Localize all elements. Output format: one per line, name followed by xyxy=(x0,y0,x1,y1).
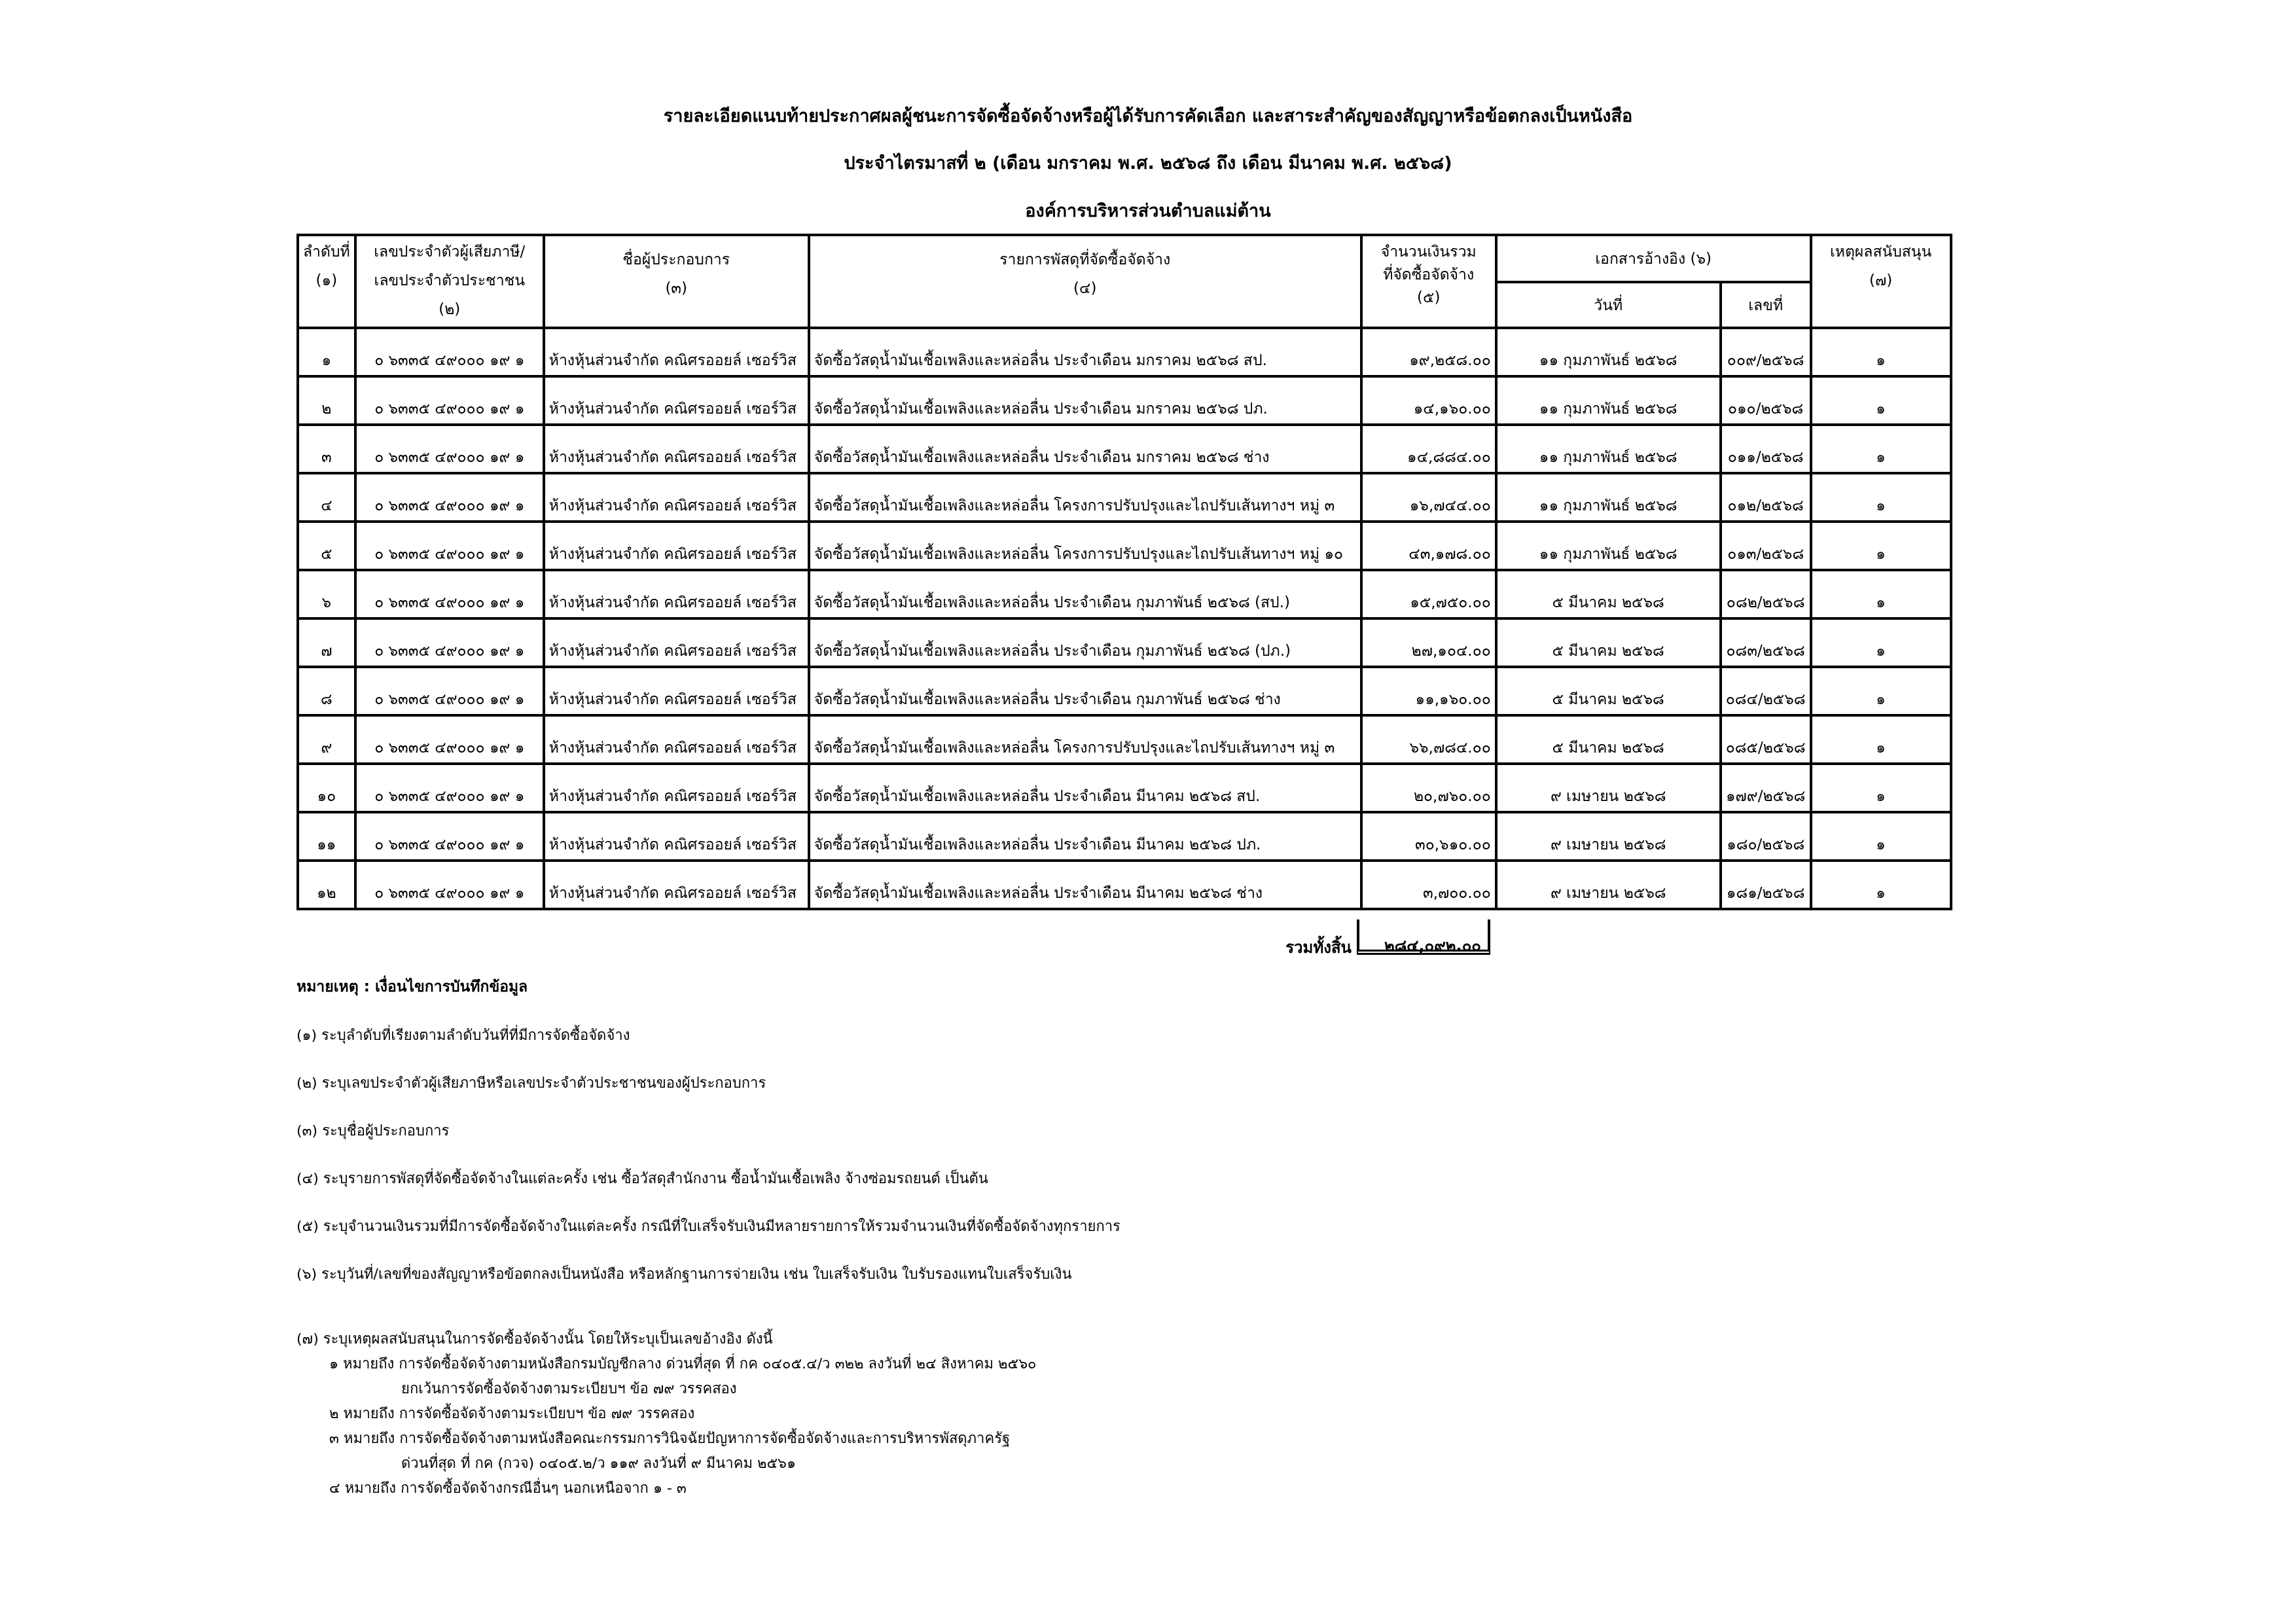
row-index: ๑๒ xyxy=(298,861,355,909)
row-description: จัดซื้อวัสดุน้ำมันเชื้อเพลิงและหล่อลื่น … xyxy=(809,715,1361,764)
row-vendor: ห้างหุ้นส่วนจำกัด คณิศรออยล์ เซอร์วิส xyxy=(544,425,809,473)
document-title: รายละเอียดแนบท้ายประกาศผลผู้ชนะการจัดซื้… xyxy=(0,101,2296,130)
note-item: (๕) ระบุจำนวนเงินรวมที่มีการจัดซื้อจัดจ้… xyxy=(296,1217,1121,1265)
row-tax-id: ๐ ๖๓๓๕ ๔๙๐๐๐ ๑๙ ๑ xyxy=(355,715,544,764)
row-description: จัดซื้อวัสดุน้ำมันเชื้อเพลิงและหล่อลื่น … xyxy=(809,473,1361,522)
row-index: ๓ xyxy=(298,425,355,473)
table-row: ๗๐ ๖๓๓๕ ๔๙๐๐๐ ๑๙ ๑ห้างหุ้นส่วนจำกัด คณิศ… xyxy=(298,618,1951,667)
row-amount: ๒๗,๑๐๔.๐๐ xyxy=(1361,618,1496,667)
row-date: ๙ เมษายน ๒๕๖๘ xyxy=(1496,764,1721,812)
notes-heading: หมายเหตุ : เงื่อนไขการบันทึกข้อมูล xyxy=(296,975,1121,999)
row-index: ๑๐ xyxy=(298,764,355,812)
header-reference-doc: เอกสารอ้างอิง (๖) xyxy=(1496,235,1811,282)
row-index: ๑ xyxy=(298,328,355,376)
row-amount: ๒๐,๗๖๐.๐๐ xyxy=(1361,764,1496,812)
row-amount: ๓,๗๐๐.๐๐ xyxy=(1361,861,1496,909)
row-number: ๑๘๐/๒๕๖๘ xyxy=(1721,812,1811,861)
row-date: ๑๑ กุมภาพันธ์ ๒๕๖๘ xyxy=(1496,376,1721,425)
row-amount: ๑๖,๗๔๔.๐๐ xyxy=(1361,473,1496,522)
row-vendor: ห้างหุ้นส่วนจำกัด คณิศรออยล์ เซอร์วิส xyxy=(544,522,809,570)
row-description: จัดซื้อวัสดุน้ำมันเชื้อเพลิงและหล่อลื่น … xyxy=(809,570,1361,618)
row-vendor: ห้างหุ้นส่วนจำกัด คณิศรออยล์ เซอร์วิส xyxy=(544,618,809,667)
row-number: ๐๐๙/๒๕๖๘ xyxy=(1721,328,1811,376)
row-tax-id: ๐ ๖๓๓๕ ๔๙๐๐๐ ๑๙ ๑ xyxy=(355,570,544,618)
row-date: ๕ มีนาคม ๒๕๖๘ xyxy=(1496,570,1721,618)
row-date: ๑๑ กุมภาพันธ์ ๒๕๖๘ xyxy=(1496,473,1721,522)
note-item: (๓) ระบุชื่อผู้ประกอบการ xyxy=(296,1122,1121,1169)
row-reason: ๑ xyxy=(1811,618,1951,667)
table-row: ๖๐ ๖๓๓๕ ๔๙๐๐๐ ๑๙ ๑ห้างหุ้นส่วนจำกัด คณิศ… xyxy=(298,570,1951,618)
row-index: ๑๑ xyxy=(298,812,355,861)
row-date: ๕ มีนาคม ๒๕๖๘ xyxy=(1496,667,1721,715)
row-number: ๐๑๒/๒๕๖๘ xyxy=(1721,473,1811,522)
row-tax-id: ๐ ๖๓๓๕ ๔๙๐๐๐ ๑๙ ๑ xyxy=(355,861,544,909)
row-amount: ๖๖,๗๘๔.๐๐ xyxy=(1361,715,1496,764)
procurement-table: ลำดับที่(๑) เลขประจำตัวผู้เสียภาษี/เลขปร… xyxy=(296,234,1952,910)
header-description: รายการพัสดุที่จัดซื้อจัดจ้าง(๔) xyxy=(809,235,1361,328)
row-amount: ๑๑,๑๖๐.๐๐ xyxy=(1361,667,1496,715)
row-tax-id: ๐ ๖๓๓๕ ๔๙๐๐๐ ๑๙ ๑ xyxy=(355,522,544,570)
row-amount: ๑๙,๒๕๘.๐๐ xyxy=(1361,328,1496,376)
row-number: ๐๑๐/๒๕๖๘ xyxy=(1721,376,1811,425)
row-index: ๒ xyxy=(298,376,355,425)
total-amount: ๒๘๔,๐๙๒.๐๐ xyxy=(1357,919,1490,955)
note-item: (๔) ระบุรายการพัสดุที่จัดซื้อจัดจ้างในแต… xyxy=(296,1169,1121,1217)
row-reason: ๑ xyxy=(1811,861,1951,909)
row-tax-id: ๐ ๖๓๓๕ ๔๙๐๐๐ ๑๙ ๑ xyxy=(355,473,544,522)
header-tax-id: เลขประจำตัวผู้เสียภาษี/เลขประจำตัวประชาช… xyxy=(355,235,544,328)
row-description: จัดซื้อวัสดุน้ำมันเชื้อเพลิงและหล่อลื่น … xyxy=(809,764,1361,812)
row-vendor: ห้างหุ้นส่วนจำกัด คณิศรออยล์ เซอร์วิส xyxy=(544,861,809,909)
reason-4: ๔ หมายถึง การจัดซื้อจัดจ้างกรณีอื่นๆ นอก… xyxy=(296,1479,1121,1504)
row-date: ๕ มีนาคม ๒๕๖๘ xyxy=(1496,618,1721,667)
reason-legend: (๗) ระบุเหตุผลสนับสนุนในการจัดซื้อจัดจ้า… xyxy=(296,1330,1121,1504)
reason-intro: (๗) ระบุเหตุผลสนับสนุนในการจัดซื้อจัดจ้า… xyxy=(296,1330,1121,1355)
row-reason: ๑ xyxy=(1811,376,1951,425)
row-vendor: ห้างหุ้นส่วนจำกัด คณิศรออยล์ เซอร์วิส xyxy=(544,328,809,376)
row-index: ๕ xyxy=(298,522,355,570)
table-row: ๒๐ ๖๓๓๕ ๔๙๐๐๐ ๑๙ ๑ห้างหุ้นส่วนจำกัด คณิศ… xyxy=(298,376,1951,425)
row-date: ๑๑ กุมภาพันธ์ ๒๕๖๘ xyxy=(1496,425,1721,473)
row-tax-id: ๐ ๖๓๓๕ ๔๙๐๐๐ ๑๙ ๑ xyxy=(355,764,544,812)
row-tax-id: ๐ ๖๓๓๕ ๔๙๐๐๐ ๑๙ ๑ xyxy=(355,667,544,715)
row-number: ๐๘๕/๒๕๖๘ xyxy=(1721,715,1811,764)
row-tax-id: ๐ ๖๓๓๕ ๔๙๐๐๐ ๑๙ ๑ xyxy=(355,618,544,667)
row-vendor: ห้างหุ้นส่วนจำกัด คณิศรออยล์ เซอร์วิส xyxy=(544,812,809,861)
row-number: ๐๘๓/๒๕๖๘ xyxy=(1721,618,1811,667)
row-number: ๐๑๑/๒๕๖๘ xyxy=(1721,425,1811,473)
row-description: จัดซื้อวัสดุน้ำมันเชื้อเพลิงและหล่อลื่น … xyxy=(809,425,1361,473)
row-vendor: ห้างหุ้นส่วนจำกัด คณิศรออยล์ เซอร์วิส xyxy=(544,473,809,522)
row-number: ๑๗๙/๒๕๖๘ xyxy=(1721,764,1811,812)
row-description: จัดซื้อวัสดุน้ำมันเชื้อเพลิงและหล่อลื่น … xyxy=(809,861,1361,909)
row-amount: ๑๔,๑๖๐.๐๐ xyxy=(1361,376,1496,425)
row-tax-id: ๐ ๖๓๓๕ ๔๙๐๐๐ ๑๙ ๑ xyxy=(355,812,544,861)
row-index: ๙ xyxy=(298,715,355,764)
row-number: ๑๘๑/๒๕๖๘ xyxy=(1721,861,1811,909)
row-description: จัดซื้อวัสดุน้ำมันเชื้อเพลิงและหล่อลื่น … xyxy=(809,376,1361,425)
header-index: ลำดับที่(๑) xyxy=(298,235,355,328)
row-reason: ๑ xyxy=(1811,715,1951,764)
row-number: ๐๘๔/๒๕๖๘ xyxy=(1721,667,1811,715)
table-row: ๔๐ ๖๓๓๕ ๔๙๐๐๐ ๑๙ ๑ห้างหุ้นส่วนจำกัด คณิศ… xyxy=(298,473,1951,522)
table-row: ๑๒๐ ๖๓๓๕ ๔๙๐๐๐ ๑๙ ๑ห้างหุ้นส่วนจำกัด คณิ… xyxy=(298,861,1951,909)
row-description: จัดซื้อวัสดุน้ำมันเชื้อเพลิงและหล่อลื่น … xyxy=(809,522,1361,570)
row-date: ๑๑ กุมภาพันธ์ ๒๕๖๘ xyxy=(1496,522,1721,570)
row-amount: ๑๕,๗๕๐.๐๐ xyxy=(1361,570,1496,618)
row-index: ๘ xyxy=(298,667,355,715)
row-tax-id: ๐ ๖๓๓๕ ๔๙๐๐๐ ๑๙ ๑ xyxy=(355,328,544,376)
header-amount: จำนวนเงินรวมที่จัดซื้อจัดจ้าง(๕) xyxy=(1361,235,1496,328)
row-reason: ๑ xyxy=(1811,812,1951,861)
table-row: ๑๑๐ ๖๓๓๕ ๔๙๐๐๐ ๑๙ ๑ห้างหุ้นส่วนจำกัด คณิ… xyxy=(298,812,1951,861)
header-reason: เหตุผลสนับสนุน(๗) xyxy=(1811,235,1951,328)
table-row: ๙๐ ๖๓๓๕ ๔๙๐๐๐ ๑๙ ๑ห้างหุ้นส่วนจำกัด คณิศ… xyxy=(298,715,1951,764)
row-vendor: ห้างหุ้นส่วนจำกัด คณิศรออยล์ เซอร์วิส xyxy=(544,764,809,812)
row-number: ๐๑๓/๒๕๖๘ xyxy=(1721,522,1811,570)
row-date: ๙ เมษายน ๒๕๖๘ xyxy=(1496,812,1721,861)
row-amount: ๑๔,๘๘๔.๐๐ xyxy=(1361,425,1496,473)
row-description: จัดซื้อวัสดุน้ำมันเชื้อเพลิงและหล่อลื่น … xyxy=(809,812,1361,861)
header-number: เลขที่ xyxy=(1721,282,1811,328)
row-vendor: ห้างหุ้นส่วนจำกัด คณิศรออยล์ เซอร์วิส xyxy=(544,715,809,764)
table-row: ๕๐ ๖๓๓๕ ๔๙๐๐๐ ๑๙ ๑ห้างหุ้นส่วนจำกัด คณิศ… xyxy=(298,522,1951,570)
row-amount: ๔๓,๑๗๘.๐๐ xyxy=(1361,522,1496,570)
row-amount: ๓๐,๖๑๐.๐๐ xyxy=(1361,812,1496,861)
row-number: ๐๘๒/๒๕๖๘ xyxy=(1721,570,1811,618)
document-period: ประจำไตรมาสที่ ๒ (เดือน มกราคม พ.ศ. ๒๕๖๘… xyxy=(0,149,2296,177)
row-reason: ๑ xyxy=(1811,425,1951,473)
organization-name: องค์การบริหารส่วนตำบลแม่ต้าน xyxy=(0,196,2296,224)
table-row: ๓๐ ๖๓๓๕ ๔๙๐๐๐ ๑๙ ๑ห้างหุ้นส่วนจำกัด คณิศ… xyxy=(298,425,1951,473)
note-item: (๑) ระบุลำดับที่เรียงตามลำดับวันที่ที่มี… xyxy=(296,1026,1121,1074)
row-reason: ๑ xyxy=(1811,522,1951,570)
row-date: ๙ เมษายน ๒๕๖๘ xyxy=(1496,861,1721,909)
reason-3: ๓ หมายถึง การจัดซื้อจัดจ้างตามหนังสือคณะ… xyxy=(296,1429,1121,1454)
row-tax-id: ๐ ๖๓๓๕ ๔๙๐๐๐ ๑๙ ๑ xyxy=(355,425,544,473)
table-row: ๘๐ ๖๓๓๕ ๔๙๐๐๐ ๑๙ ๑ห้างหุ้นส่วนจำกัด คณิศ… xyxy=(298,667,1951,715)
row-index: ๗ xyxy=(298,618,355,667)
row-vendor: ห้างหุ้นส่วนจำกัด คณิศรออยล์ เซอร์วิส xyxy=(544,376,809,425)
header-vendor: ชื่อผู้ประกอบการ(๓) xyxy=(544,235,809,328)
row-vendor: ห้างหุ้นส่วนจำกัด คณิศรออยล์ เซอร์วิส xyxy=(544,667,809,715)
row-date: ๕ มีนาคม ๒๕๖๘ xyxy=(1496,715,1721,764)
row-index: ๔ xyxy=(298,473,355,522)
row-description: จัดซื้อวัสดุน้ำมันเชื้อเพลิงและหล่อลื่น … xyxy=(809,618,1361,667)
row-reason: ๑ xyxy=(1811,570,1951,618)
row-description: จัดซื้อวัสดุน้ำมันเชื้อเพลิงและหล่อลื่น … xyxy=(809,667,1361,715)
reason-3-cont: ด่วนที่สุด ที่ กค (กวจ) ๐๔๐๕.๒/ว ๑๑๙ ลงว… xyxy=(296,1454,1121,1479)
row-reason: ๑ xyxy=(1811,764,1951,812)
note-item: (๒) ระบุเลขประจำตัวผู้เสียภาษีหรือเลขประ… xyxy=(296,1074,1121,1122)
note-item: (๖) ระบุวันที่/เลขที่ของสัญญาหรือข้อตกลง… xyxy=(296,1265,1121,1313)
row-index: ๖ xyxy=(298,570,355,618)
reason-1: ๑ หมายถึง การจัดซื้อจัดจ้างตามหนังสือกรม… xyxy=(296,1355,1121,1380)
header-date: วันที่ xyxy=(1496,282,1721,328)
notes-section: หมายเหตุ : เงื่อนไขการบันทึกข้อมูล (๑) ร… xyxy=(296,975,1121,1504)
total-label: รวมทั้งสิ้น xyxy=(1257,935,1352,960)
row-reason: ๑ xyxy=(1811,328,1951,376)
reason-2: ๒ หมายถึง การจัดซื้อจัดจ้างตามระเบียบฯ ข… xyxy=(296,1404,1121,1429)
row-reason: ๑ xyxy=(1811,667,1951,715)
row-vendor: ห้างหุ้นส่วนจำกัด คณิศรออยล์ เซอร์วิส xyxy=(544,570,809,618)
row-date: ๑๑ กุมภาพันธ์ ๒๕๖๘ xyxy=(1496,328,1721,376)
reason-1-cont: ยกเว้นการจัดซื้อจัดจ้างตามระเบียบฯ ข้อ ๗… xyxy=(296,1380,1121,1404)
table-row: ๑๐ ๖๓๓๕ ๔๙๐๐๐ ๑๙ ๑ห้างหุ้นส่วนจำกัด คณิศ… xyxy=(298,328,1951,376)
table-row: ๑๐๐ ๖๓๓๕ ๔๙๐๐๐ ๑๙ ๑ห้างหุ้นส่วนจำกัด คณิ… xyxy=(298,764,1951,812)
row-reason: ๑ xyxy=(1811,473,1951,522)
row-description: จัดซื้อวัสดุน้ำมันเชื้อเพลิงและหล่อลื่น … xyxy=(809,328,1361,376)
row-tax-id: ๐ ๖๓๓๕ ๔๙๐๐๐ ๑๙ ๑ xyxy=(355,376,544,425)
